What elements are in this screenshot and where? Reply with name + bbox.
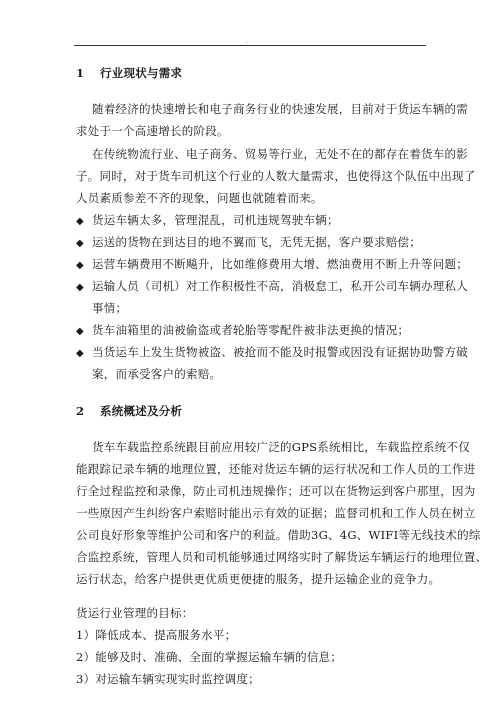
paragraph-line: 人员素质参差不齐的现象，问题也就随着而来。: [76, 191, 323, 205]
paragraph-line: 在传统物流行业、电子商务、贸易等行业，无处不在的都存在着货车的影: [92, 147, 468, 161]
bullet-text: 运输人员（司机）对工作积极性不高，消极怠工，私开公司车辆办理私人: [92, 279, 468, 293]
section-2-heading: 2系统概述及分析: [76, 404, 182, 418]
bullet-text: 货运车辆太多，管理混乱，司机违规驾驶车辆；: [92, 213, 339, 227]
header-mark: .: [246, 38, 248, 45]
paragraph-line: 货车车载监控系统跟目前应用较广泛的GPS系统相比，车载监控系统不仅: [92, 440, 470, 454]
paragraph-line: 求处于一个高速增长的阶段。: [76, 124, 229, 138]
section-title: 系统概述及分析: [100, 404, 182, 418]
paragraph-line: 行全过程监控和录像，防止司机违规操作；还可以在货物运到客户那里，因为: [76, 484, 476, 498]
bullet-continuation: 事情；: [92, 301, 127, 315]
bullet-text: 货车油箱里的油被偷盗或者轮胎等零配件被非法更换的情况；: [92, 323, 409, 337]
document-page: . 1行业现状与需求 随着经济的快速增长和电子商务行业的快速发展，目前对于货运车…: [0, 0, 500, 708]
paragraph-line: 随着经济的快速增长和电子商务行业的快速发展，目前对于货运车辆的需: [92, 102, 468, 116]
bullet-item: ◆运营车辆费用不断飚升，比如维修费用大增、燃油费用不断上升等问题；: [76, 257, 468, 273]
bullet-item: ◆运输人员（司机）对工作积极性不高，消极怠工，私开公司车辆办理私人: [76, 279, 468, 295]
bullet-continuation: 案，而承受客户的索赔。: [92, 367, 221, 381]
paragraph-line: 一些原因产生纠纷客户索赔时能出示有效的证据；监督司机和工作人员在树立: [76, 506, 476, 520]
bullet-text: 运营车辆费用不断飚升，比如维修费用大增、燃油费用不断上升等问题；: [92, 257, 468, 271]
paragraph-line: 能跟踪记录车辆的地理位置，还能对货运车辆的运行状况和工作人员的工作进: [76, 462, 476, 476]
bullet-text: 运送的货物在到达目的地不翼而飞，无凭无据，客户要求赔偿；: [92, 235, 421, 249]
diamond-bullet-icon: ◆: [76, 259, 92, 273]
bullet-text: 当货运车上发生货物被盗、被抢而不能及时报警或因没有证据协助警方破: [92, 345, 468, 359]
bullet-item: ◆货运车辆太多，管理混乱，司机违规驾驶车辆；: [76, 213, 339, 229]
section-number: 1: [76, 66, 100, 80]
goal-item: 1）降低成本、提高服务水平；: [76, 628, 236, 642]
diamond-bullet-icon: ◆: [76, 347, 92, 361]
goal-item: 3）对运输车辆实现实时监控调度；: [76, 672, 260, 686]
bullet-item: ◆货车油箱里的油被偷盗或者轮胎等零配件被非法更换的情况；: [76, 323, 409, 339]
diamond-bullet-icon: ◆: [76, 215, 92, 229]
paragraph-line: 公司良好形象等维护公司和客户的利益。借助3G、4G、WIFI等无线技术的综: [76, 528, 481, 542]
diamond-bullet-icon: ◆: [76, 325, 92, 339]
diamond-bullet-icon: ◆: [76, 237, 92, 251]
section-number: 2: [76, 404, 100, 418]
goal-item: 2）能够及时、准确、全面的掌握运输车辆的信息；: [76, 650, 342, 664]
paragraph-line: 运行状态，给客户提供更优质更便捷的服务，提升运输企业的竞争力。: [76, 572, 440, 586]
bullet-item: ◆当货运车上发生货物被盗、被抢而不能及时报警或因没有证据协助警方破: [76, 345, 468, 361]
header-rule: [74, 45, 426, 46]
section-1-heading: 1行业现状与需求: [76, 66, 182, 80]
goals-title: 货运行业管理的目标：: [76, 606, 194, 620]
bullet-item: ◆运送的货物在到达目的地不翼而飞，无凭无据，客户要求赔偿；: [76, 235, 421, 251]
paragraph-line: 子。同时，对于货车司机这个行业的人数大量需求，也使得这个队伍中出现了: [76, 169, 476, 183]
diamond-bullet-icon: ◆: [76, 281, 92, 295]
paragraph-line: 合监控系统，管理人员和司机能够通过网络实时了解货运车辆运行的地理位置、: [76, 550, 487, 564]
section-title: 行业现状与需求: [100, 66, 182, 80]
